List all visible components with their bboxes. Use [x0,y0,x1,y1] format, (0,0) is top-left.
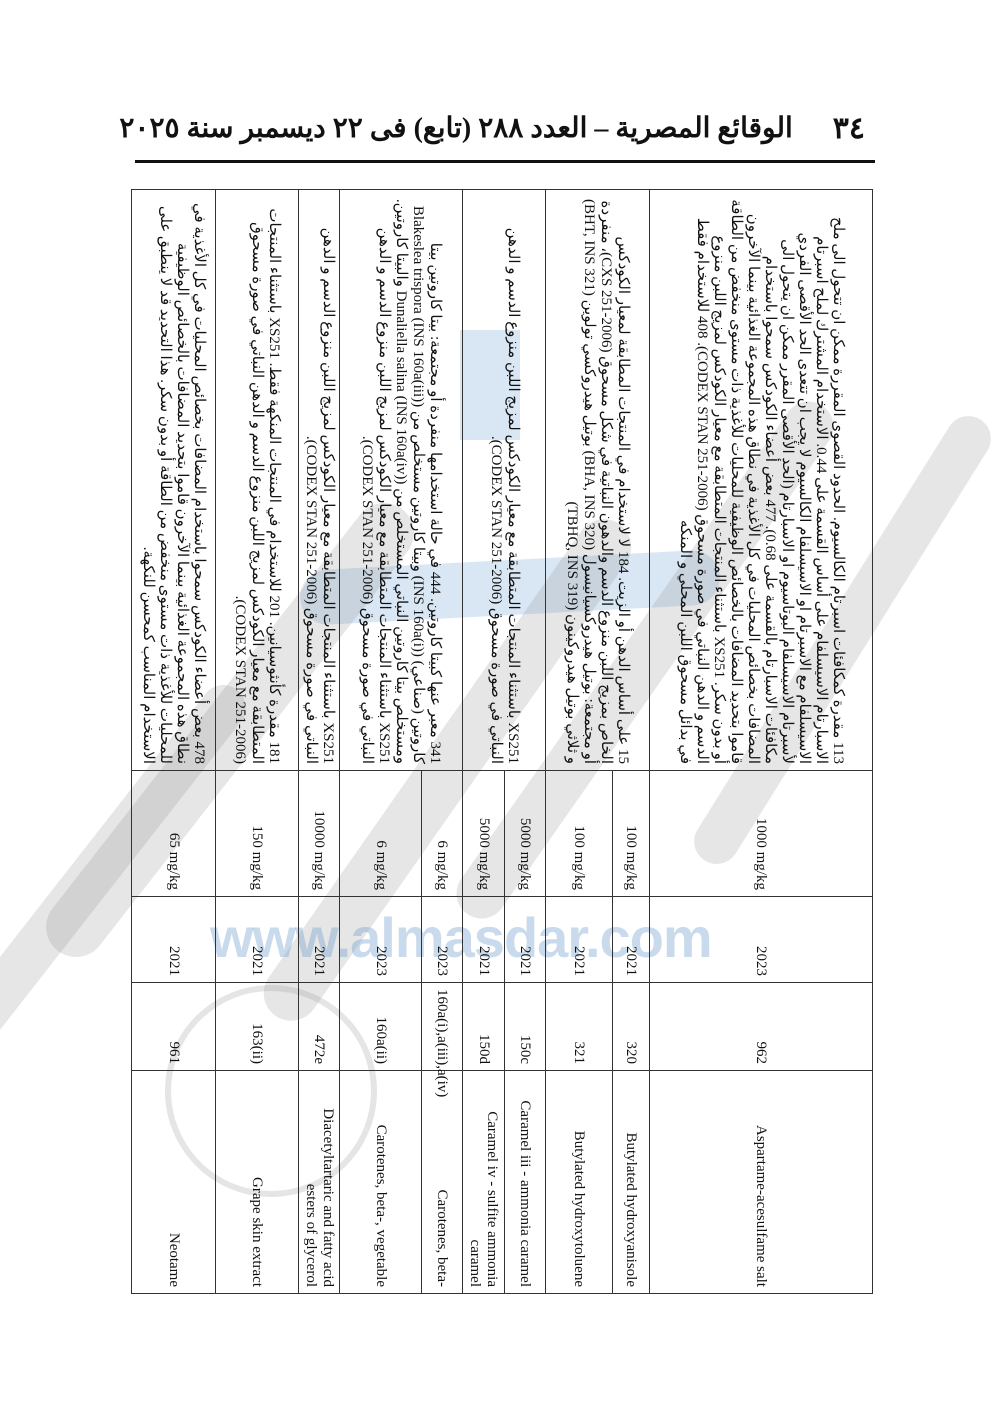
ins-cell: 150c [505,983,546,1071]
table-row: 341 معبر عنها كبيتا كاروتين. 444 في حالة… [422,190,463,1294]
table-row: 15 على أساس الدهن أو الزيت. 184 لا لاستخ… [613,190,650,1294]
additive-name-cell: Caramel iv - sulfite ammonia caramel [463,1071,505,1294]
additives-table: 113 مقدرة كمكافئات اسبرتام الكالسيوم. ال… [131,189,873,1294]
ins-cell: 150d [463,983,505,1071]
max-level-cell: 10000 mg/kg [299,771,340,897]
notes-cell: 113 مقدرة كمكافئات اسبرتام الكالسيوم. ال… [650,190,873,771]
ins-cell: 160a(ii) [340,983,422,1071]
ins-cell: 962 [650,983,873,1071]
ins-cell: 320 [613,983,650,1071]
additive-name-cell: Carotenes, beta-, vegetable [340,1071,422,1294]
ins-cell: 961 [132,983,216,1071]
notes-cell: XS251 باستثناء المنتجات المتطابقة مع معي… [463,190,546,771]
additive-name-cell: Caramel iii - ammonia caramel [505,1071,546,1294]
header-divider [135,160,875,163]
page-header: ٣٤ الوقائع المصرية – العدد ٢٨٨ (تابع) فى… [205,106,865,150]
year-cell: 2021 [546,897,613,983]
year-cell: 2021 [613,897,650,983]
year-cell: 2021 [132,897,216,983]
year-cell: 2021 [505,897,546,983]
max-level-cell: 150 mg/kg [216,771,299,897]
table-row: XS251 باستثناء المنتجات المتطابقة مع معي… [505,190,546,1294]
max-level-cell: 5000 mg/kg [505,771,546,897]
max-level-cell: 6 mg/kg [422,771,463,897]
rotated-table-container: 113 مقدرة كمكافئات اسبرتام الكالسيوم. ال… [132,189,873,1293]
notes-cell: 181 مقدرة كأنثوسيانين. 201 للاستخدام في … [216,190,299,771]
table-row: 181 مقدرة كأنثوسيانين. 201 للاستخدام في … [216,190,299,1294]
max-level-cell: 5000 mg/kg [463,771,505,897]
notes-cell: 341 معبر عنها كبيتا كاروتين. 444 في حالة… [340,190,463,771]
max-level-cell: 100 mg/kg [546,771,613,897]
page-number: ٣٤ [833,111,865,146]
table-row: 113 مقدرة كمكافئات اسبرتام الكالسيوم. ال… [650,190,873,1294]
year-cell: 2021 [463,897,505,983]
notes-cell: 478 بعض أعضاء الكودكس سمحوا باستخدام الم… [132,190,216,771]
ins-cell: 163(ii) [216,983,299,1071]
ins-cell: 321 [546,983,613,1071]
max-level-cell: 1000 mg/kg [650,771,873,897]
table-row: 478 بعض أعضاء الكودكس سمحوا باستخدام الم… [132,190,216,1294]
gazette-title: الوقائع المصرية – العدد ٢٨٨ (تابع) فى ٢٢… [119,111,792,145]
additive-name-cell: Aspartame-acesulfame salt [650,1071,873,1294]
additive-name-cell: Diacetyltartaric and fatty acid esters o… [299,1071,340,1294]
notes-cell: 15 على أساس الدهن أو الزيت. 184 لا لاستخ… [546,190,650,771]
max-level-cell: 65 mg/kg [132,771,216,897]
ins-cell: 160a(i),a(iii),a(iv) [422,983,463,1071]
year-cell: 2023 [340,897,422,983]
year-cell: 2021 [299,897,340,983]
year-cell: 2023 [650,897,873,983]
additive-name-cell: Butylated hydroxyanisole [613,1071,650,1294]
notes-cell: XS251 باستثناء المنتجات المتطابقة مع معي… [299,190,340,771]
additive-name-cell: Carotenes, beta- [422,1071,463,1294]
max-level-cell: 6 mg/kg [340,771,422,897]
additive-name-cell: Grape skin extract [216,1071,299,1294]
additive-name-cell: Butylated hydroxytoluene [546,1071,613,1294]
table-row: XS251 باستثناء المنتجات المتطابقة مع معي… [299,190,340,1294]
year-cell: 2021 [216,897,299,983]
year-cell: 2023 [422,897,463,983]
max-level-cell: 100 mg/kg [613,771,650,897]
additive-name-cell: Neotame [132,1071,216,1294]
ins-cell: 472e [299,983,340,1071]
